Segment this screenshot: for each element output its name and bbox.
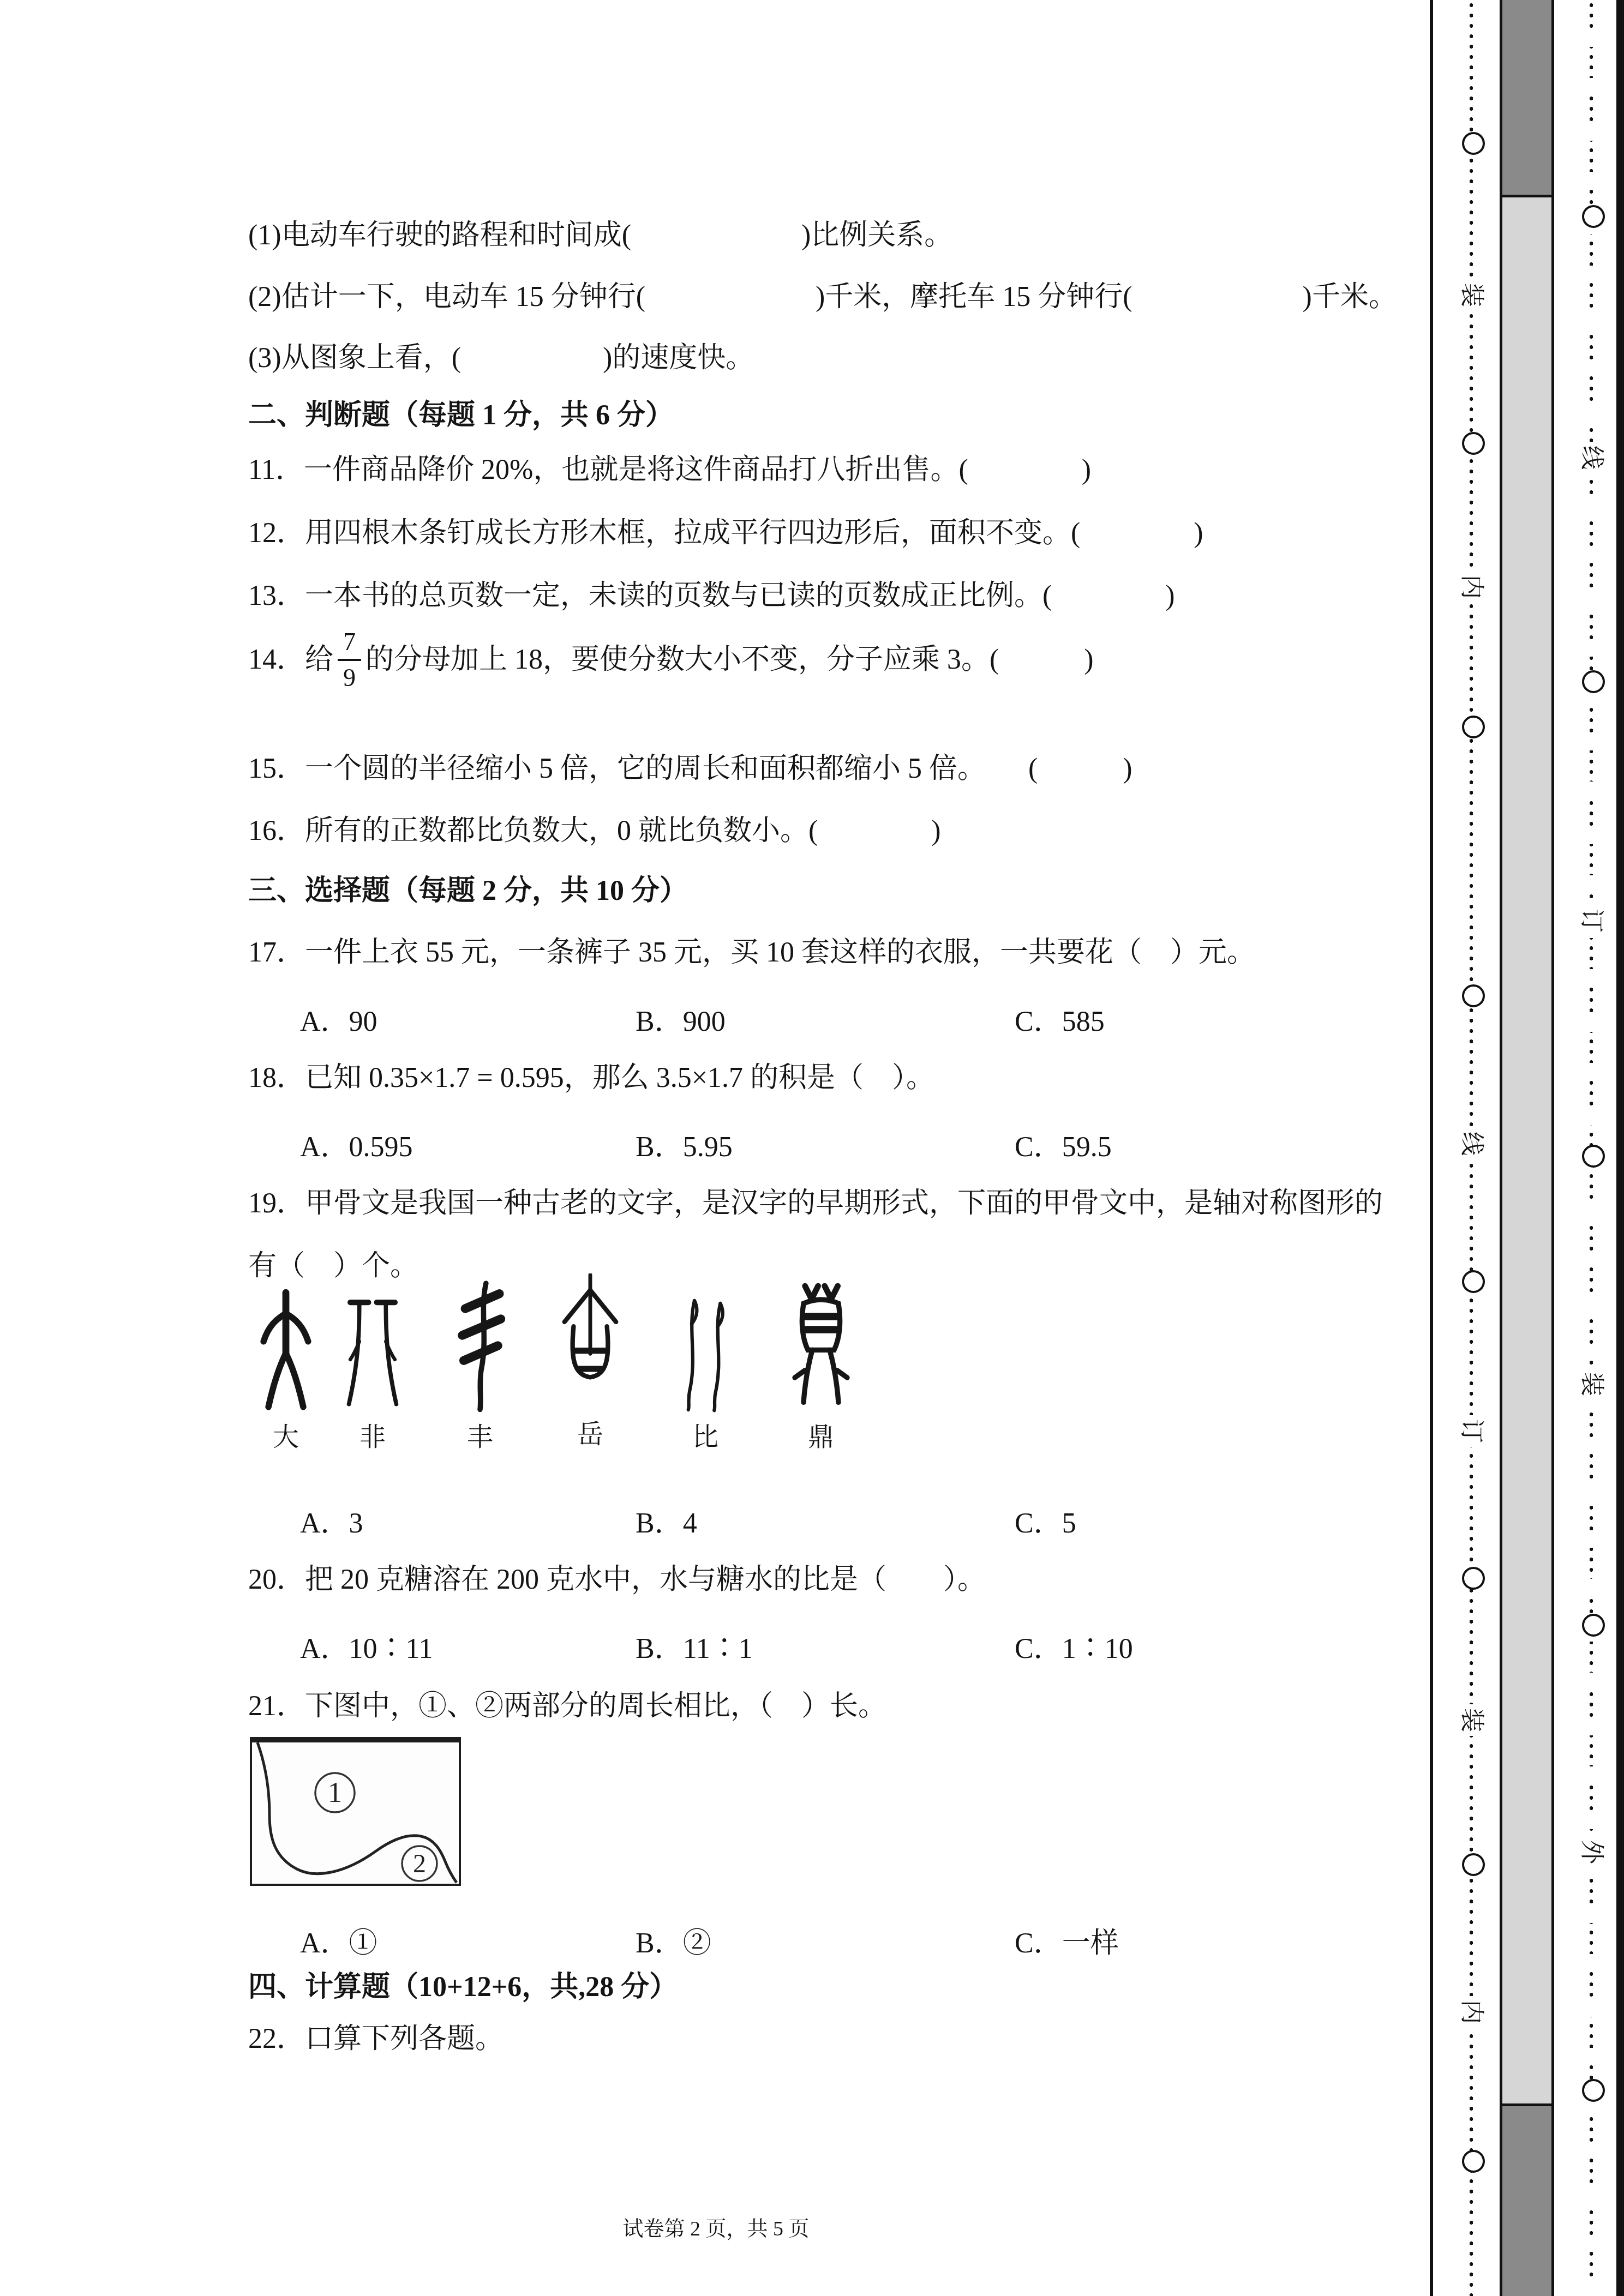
- binding-bar-bottom-dark: [1500, 2103, 1554, 2296]
- oracle-label-feng: 丰: [442, 1416, 518, 1453]
- oracle-label-ding: 鼎: [783, 1416, 859, 1453]
- oracle-label-da: 大: [248, 1416, 324, 1453]
- option-18-b: B．5.95: [636, 1123, 733, 1164]
- question-20-options: A．10∶11 B．11∶1 C．1∶10: [248, 1625, 1432, 1663]
- question-17-options: A．90 B．900 C．585: [248, 998, 1432, 1036]
- option-20-a: A．10∶11: [300, 1625, 433, 1666]
- binding-circle: [1582, 1145, 1605, 1168]
- fill-blank-2: (2)估计一下，电动车 15 分钟行( )千米，摩托车 15 分钟行( )千米。: [248, 280, 1432, 315]
- fill-blank-1: (1)电动车行驶的路程和时间成( )比例关系。: [248, 218, 1432, 253]
- option-19-c: C．5: [1015, 1500, 1076, 1541]
- question-21-diagram: 1 2: [250, 1737, 461, 1886]
- fraction-numerator: 7: [338, 629, 361, 659]
- question-18-options: A．0.595 B．5.95 C．59.5: [248, 1123, 1432, 1162]
- question-14-post: 的分母加上 18，要使分数大小不变，分子应乘 3。( ): [365, 642, 1094, 677]
- oracle-glyph-feng: 丰: [442, 1279, 518, 1453]
- question-22: 22．口算下列各题。: [248, 2022, 1432, 2057]
- question-19-line2: 有（ ）个。: [248, 1249, 1432, 1284]
- option-21-c: C．一样: [1015, 1920, 1119, 1961]
- option-20-b: B．11∶1: [636, 1625, 753, 1666]
- dividing-curve: [257, 1742, 457, 1883]
- binding-circle: [1462, 1270, 1485, 1293]
- binding-char: 装: [1454, 1704, 1488, 1736]
- fill-blank-3: (3)从图象上看，( )的速度快。: [248, 341, 1432, 376]
- option-18-c: C．59.5: [1015, 1123, 1112, 1164]
- binding-bar-light: [1500, 197, 1554, 2103]
- option-17-c: C．585: [1015, 998, 1105, 1039]
- oracle-label-yue: 岳: [552, 1413, 628, 1451]
- question-19-options: A．3 B．4 C．5: [248, 1500, 1432, 1538]
- option-17-b: B．900: [636, 998, 726, 1039]
- question-14-pre: 14．给: [248, 642, 333, 677]
- option-18-a: A．0.595: [300, 1123, 413, 1164]
- binding-circle: [1462, 716, 1485, 738]
- binding-circle: [1462, 132, 1485, 155]
- oracle-glyph-bi: 比: [667, 1290, 744, 1453]
- part1-number: 1: [328, 1777, 342, 1808]
- binding-char: 装: [1574, 1368, 1608, 1400]
- binding-circle: [1582, 1614, 1605, 1637]
- binding-char: 内: [1454, 571, 1488, 603]
- binding-char: 订: [1574, 905, 1608, 936]
- binding-circle: [1582, 670, 1605, 693]
- binding-char: 内: [1454, 1996, 1488, 2028]
- binding-circle: [1462, 432, 1485, 455]
- option-19-a: A．3: [300, 1500, 363, 1541]
- question-11: 11．一件商品降价 20%，也就是将这件商品打八折出售。( ): [248, 453, 1432, 488]
- question-15: 15．一个圆的半径缩小 5 倍，它的周长和面积都缩小 5 倍。 ( ): [248, 752, 1432, 786]
- option-21-a: A．①: [300, 1920, 377, 1961]
- section-choice-heading: 三、选择题（每题 2 分，共 10 分）: [248, 874, 1432, 909]
- option-21-b: B．②: [636, 1920, 711, 1961]
- oracle-glyph-ding: 鼎: [783, 1282, 859, 1453]
- binding-bar-top-dark: [1500, 0, 1554, 197]
- question-13: 13．一本书的总页数一定，未读的页数与已读的页数成正比例。( ): [248, 579, 1432, 614]
- section-calc-heading: 四、计算题（10+12+6，共,28 分）: [248, 1970, 1432, 2005]
- question-21-options: A．① B．② C．一样: [248, 1920, 1432, 1958]
- binding-char: 装: [1454, 279, 1488, 311]
- page-edge-strip: [1616, 0, 1624, 2296]
- binding-circle: [1462, 984, 1485, 1007]
- oracle-glyph-yue: 岳: [552, 1273, 628, 1451]
- margin-separator-line: [1430, 0, 1433, 2296]
- fraction-7-9: 7 9: [338, 629, 361, 690]
- fraction-denominator: 9: [338, 659, 361, 690]
- binding-circle: [1462, 2150, 1485, 2173]
- question-20: 20．把 20 克糖溶在 200 克水中，水与糖水的比是（ ）。: [248, 1562, 1432, 1597]
- oracle-label-bi: 比: [667, 1416, 744, 1453]
- binding-char: 外: [1574, 1836, 1608, 1868]
- question-19-line1: 19．甲骨文是我国一种古老的文字，是汉字的早期形式，下面的甲骨文中，是轴对称图形…: [248, 1186, 1432, 1221]
- option-17-a: A．90: [300, 998, 377, 1039]
- oracle-glyph-da: 大: [248, 1287, 324, 1453]
- binding-char: 线: [1454, 1128, 1488, 1159]
- binding-circle: [1462, 1853, 1485, 1876]
- binding-circle: [1582, 205, 1605, 228]
- page-footer: 试卷第 2 页，共 5 页: [0, 2211, 1432, 2241]
- binding-char: 订: [1454, 1415, 1488, 1447]
- question-12: 12．用四根木条钉成长方形木框，拉成平行四边形后，面积不变。( ): [248, 516, 1432, 551]
- binding-circle: [1462, 1567, 1485, 1590]
- oracle-label-fei: 非: [334, 1416, 411, 1453]
- question-18: 18．已知 0.35×1.7 = 0.595，那么 3.5×1.7 的积是（ ）…: [248, 1061, 1432, 1096]
- binding-char: 线: [1574, 442, 1608, 473]
- question-16: 16．所有的正数都比负数大，0 就比负数小。( ): [248, 814, 1432, 849]
- option-20-c: C．1∶10: [1015, 1625, 1133, 1666]
- option-19-b: B．4: [636, 1500, 697, 1541]
- binding-circle: [1582, 2079, 1605, 2102]
- perimeter-curve-figure: 1 2: [252, 1742, 459, 1884]
- exam-page: (1)电动车行驶的路程和时间成( )比例关系。 (2)估计一下，电动车 15 分…: [0, 0, 1624, 2296]
- question-21: 21．下图中，①、②两部分的周长相比，（ ）长。: [248, 1689, 1432, 1724]
- oracle-glyph-fei: 非: [334, 1287, 411, 1453]
- part2-number: 2: [413, 1849, 426, 1878]
- question-17: 17．一件上衣 55 元，一条裤子 35 元，买 10 套这样的衣服，一共要花（…: [248, 935, 1432, 970]
- question-14: 14．给 7 9 的分母加上 18，要使分数大小不变，分子应乘 3。( ): [248, 614, 1432, 706]
- section-judge-heading: 二、判断题（每题 1 分，共 6 分）: [248, 398, 1432, 433]
